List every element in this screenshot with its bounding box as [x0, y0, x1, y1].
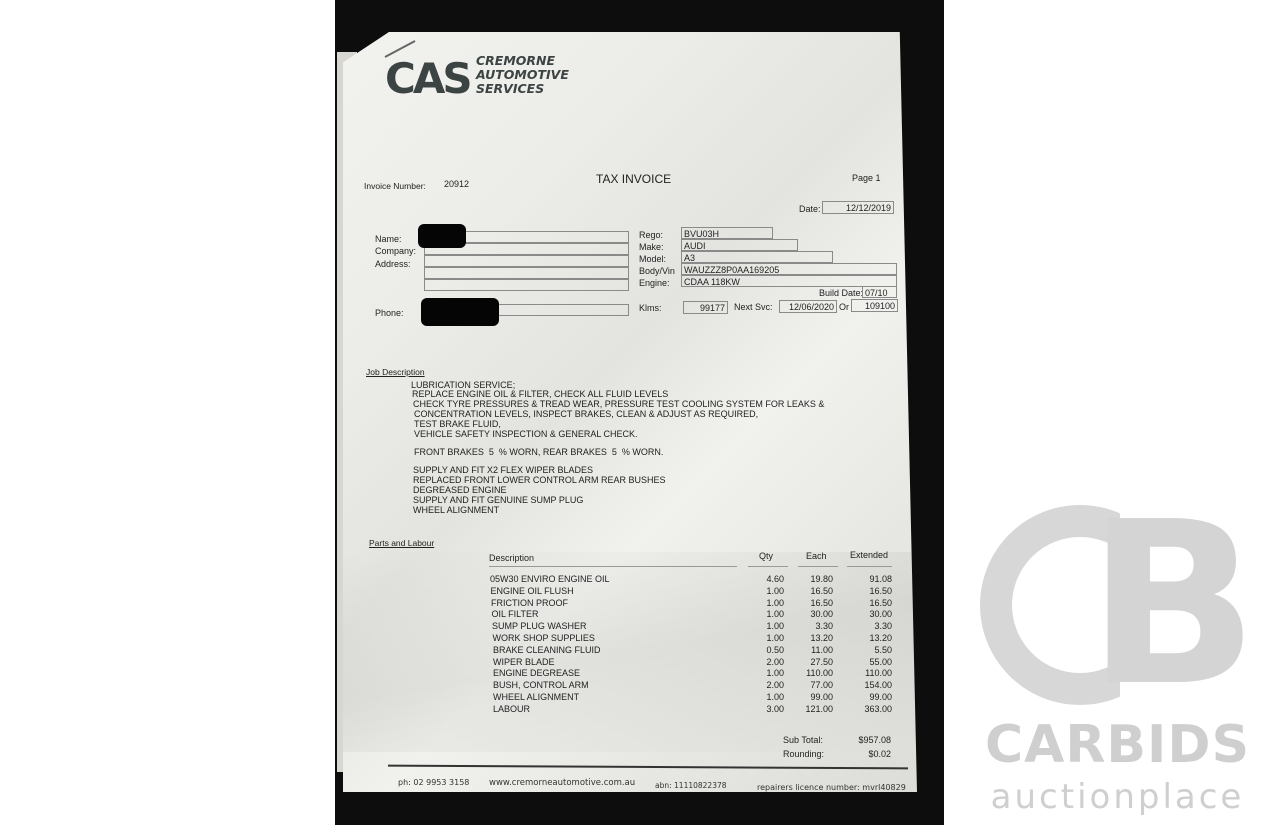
part-description: LABOUR [493, 704, 530, 714]
part-qty: 1.00 [743, 586, 784, 596]
model-field: A3 [681, 251, 833, 263]
part-qty: 0.50 [743, 645, 784, 655]
part-each: 16.50 [791, 586, 833, 596]
part-description: ENGINE OIL FLUSH [491, 586, 574, 596]
col-description: Description [489, 553, 534, 563]
col-each: Each [806, 551, 827, 561]
brakes-wear: FRONT BRAKES 5 % WORN, REAR BRAKES 5 % W… [414, 448, 663, 458]
part-each: 110.00 [791, 668, 833, 678]
part-qty: 1.00 [743, 609, 784, 619]
klms-label: Klms: [639, 303, 662, 313]
invoice-number: 20912 [444, 179, 469, 189]
address-field-1 [424, 255, 629, 267]
part-extended: 110.00 [843, 668, 892, 678]
watermark-subtitle: auctionplace [975, 777, 1260, 817]
part-qty: 2.00 [743, 657, 784, 667]
rego-field: BVU03H [681, 227, 773, 239]
name-label: Name: [375, 234, 402, 244]
part-extended: 13.20 [843, 633, 892, 643]
vin-label: Body/Vin [639, 266, 675, 276]
part-qty: 3.00 [743, 704, 784, 714]
part-extended: 30.00 [843, 609, 892, 619]
engine-field: CDAA 118KW [681, 275, 897, 287]
footer-licence: repairers licence number: mvrl40829 [757, 783, 906, 792]
col-qty: Qty [759, 551, 773, 561]
date-label: Date: [799, 204, 821, 214]
part-extended: 154.00 [843, 680, 892, 690]
desc-underline [489, 566, 737, 567]
part-extended: 363.00 [843, 704, 892, 714]
rounding-value: $0.02 [833, 749, 891, 759]
part-each: 30.00 [791, 609, 833, 619]
make-label: Make: [639, 242, 664, 252]
or-label: Or [839, 302, 849, 312]
invoice-paper: CAS CREMORNE AUTOMOTIVE SERVICES Invoice… [343, 32, 917, 792]
page-number: Page 1 [852, 173, 881, 183]
part-extended: 16.50 [843, 586, 892, 596]
address-field-2 [424, 267, 629, 279]
model-label: Model: [639, 254, 666, 264]
parts-labour-heading: Parts and Labour [369, 538, 434, 548]
part-description: BUSH, CONTROL ARM [493, 680, 589, 690]
rounding-label: Rounding: [783, 749, 824, 759]
next-svc-label: Next Svc: [734, 302, 773, 312]
part-extended: 16.50 [843, 598, 892, 608]
engine-label: Engine: [639, 278, 670, 288]
each-underline [798, 566, 838, 567]
cas-logo: CAS [385, 54, 470, 103]
part-qty: 1.00 [743, 692, 784, 702]
job-description-heading: Job Description [366, 367, 425, 377]
subtotal-value: $957.08 [833, 735, 891, 745]
redacted-phone [421, 298, 499, 326]
part-description: 05W30 ENVIRO ENGINE OIL [490, 574, 610, 584]
footer-rule [388, 765, 908, 770]
address-label: Address: [375, 259, 411, 269]
part-each: 77.00 [791, 680, 833, 690]
klms-field: 99177 [683, 301, 728, 314]
invoice-photo: CAS CREMORNE AUTOMOTIVE SERVICES Invoice… [335, 0, 944, 825]
part-qty: 1.00 [743, 668, 784, 678]
job-line: VEHICLE SAFETY INSPECTION & GENERAL CHEC… [414, 430, 638, 440]
part-each: 121.00 [791, 704, 833, 714]
part-description: SUMP PLUG WASHER [492, 621, 587, 631]
part-each: 99.00 [791, 692, 833, 702]
address-field-3 [424, 279, 629, 291]
carbids-watermark: B CARBIDS auctionplace [975, 505, 1260, 815]
company-name: CREMORNE AUTOMOTIVE SERVICES [476, 54, 569, 96]
part-each: 19.80 [791, 574, 833, 584]
part-extended: 55.00 [843, 657, 892, 667]
part-qty: 1.00 [743, 621, 784, 631]
invoice-title: TAX INVOICE [596, 172, 671, 186]
part-each: 16.50 [791, 598, 833, 608]
next-svc-date: 12/06/2020 [779, 300, 837, 313]
phone-label: Phone: [375, 308, 404, 318]
ext-underline [847, 566, 892, 567]
part-qty: 1.00 [743, 598, 784, 608]
build-date-field: 07/10 [862, 287, 897, 298]
part-description: BRAKE CLEANING FLUID [493, 645, 601, 655]
next-svc-klms: 109100 [851, 299, 898, 312]
watermark-b-letter: B [1087, 505, 1259, 705]
part-extended: 5.50 [843, 645, 892, 655]
part-description: WORK SHOP SUPPLIES [493, 633, 595, 643]
invoice-number-label: Invoice Number: [364, 181, 426, 191]
part-description: FRICTION PROOF [491, 598, 568, 608]
vin-field: WAUZZZ8P0AA169205 [681, 263, 897, 275]
footer-website: www.cremorneautomotive.com.au [489, 778, 635, 788]
company-label: Company: [375, 246, 416, 256]
col-extended: Extended [850, 550, 888, 560]
part-each: 11.00 [791, 645, 833, 655]
part-qty: 2.00 [743, 680, 784, 690]
part-extended: 91.08 [843, 574, 892, 584]
part-description: OIL FILTER [492, 609, 539, 619]
footer-abn: abn: 11110822378 [655, 781, 727, 790]
date-field: 12/12/2019 [822, 201, 894, 214]
part-each: 27.50 [791, 657, 833, 667]
rego-label: Rego: [639, 230, 663, 240]
part-extended: 99.00 [843, 692, 892, 702]
qty-underline [748, 566, 788, 567]
redacted-name [418, 224, 466, 248]
make-field: AUDI [681, 239, 798, 251]
part-qty: 1.00 [743, 633, 784, 643]
part-each: 13.20 [791, 633, 833, 643]
watermark-brand: CARBIDS [975, 715, 1260, 775]
part-description: ENGINE DEGREASE [493, 668, 580, 678]
part-extended: 3.30 [843, 621, 892, 631]
footer-phone: ph: 02 9953 3158 [398, 778, 469, 787]
part-description: WHEEL ALIGNMENT [493, 692, 579, 702]
subtotal-label: Sub Total: [783, 735, 823, 745]
build-date-label: Build Date: [819, 288, 863, 298]
part-qty: 4.60 [743, 574, 784, 584]
job-extra-line: WHEEL ALIGNMENT [413, 506, 499, 516]
part-description: WIPER BLADE [493, 657, 555, 667]
part-each: 3.30 [791, 621, 833, 631]
